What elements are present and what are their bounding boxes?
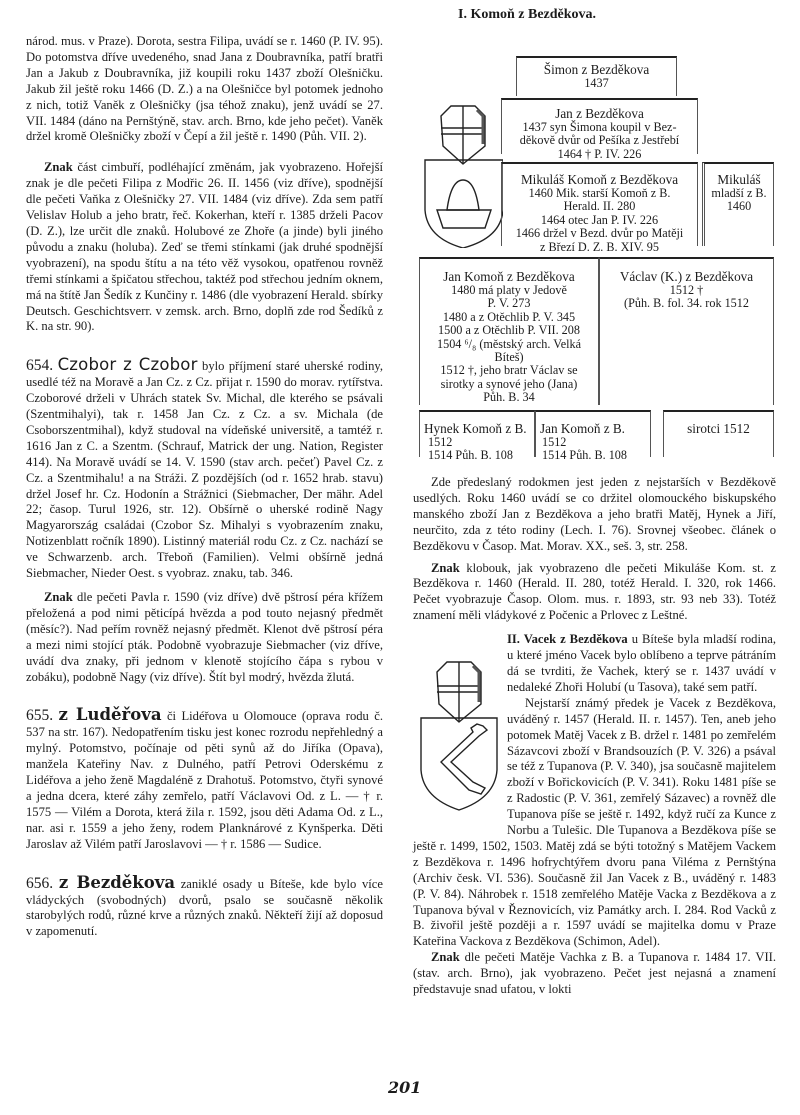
entry-number: 654. bbox=[26, 357, 53, 374]
tree-node-jan-komon: Jan Komoň z Bezděkova 1480 má platy v Je… bbox=[419, 257, 599, 405]
paragraph-olesnicka: národ. mus. v Praze). Dorota, sestra Fil… bbox=[26, 34, 383, 145]
znak-label: Znak bbox=[44, 590, 73, 604]
tree-title: I. Komoň z Bezděkova. bbox=[458, 7, 596, 23]
entry-title: z Luděřova bbox=[59, 705, 162, 724]
entry-655: 655. z Luděřova či Lidéřova u Olomouce (… bbox=[26, 707, 383, 852]
family-tree: I. Komoň z Bezděkova. Šimon z Bezděkova … bbox=[413, 0, 776, 460]
coat-of-arms-arm-icon bbox=[413, 632, 501, 837]
entry-number: 656. bbox=[26, 875, 53, 892]
entry-title: Czobor z Czobor bbox=[58, 355, 198, 374]
page-number: 201 bbox=[388, 1078, 421, 1097]
entry-654: 654. Czobor z Czobor bylo příjmení staré… bbox=[26, 357, 383, 582]
tree-node-hynek: Hynek Komoň z B. 1512 1514 Půh. B. 108 bbox=[419, 410, 535, 457]
paragraph-znak-1: Znak část cimbuří, podléhající změnám, j… bbox=[26, 160, 383, 335]
tree-node-sirotci: sirotci 1512 bbox=[663, 410, 774, 457]
paragraph-rodokmen: Zde předeslaný rodokmen jest jeden z nej… bbox=[413, 475, 776, 555]
coat-of-arms-hat-icon bbox=[421, 98, 503, 248]
tree-node-mikulas-starsi: Mikuláš Komoň z Bezděkova 1460 Mik. star… bbox=[501, 162, 698, 246]
znak-label: Znak bbox=[431, 561, 460, 575]
tree-node-simon: Šimon z Bezděkova 1437 bbox=[516, 56, 677, 96]
paragraph-znak-vachek: Znak dle pečeti Matěje Vachka z B. a Tup… bbox=[413, 950, 776, 998]
entry-title: z Bezděkova bbox=[59, 873, 175, 892]
znak-label: Znak bbox=[44, 160, 73, 174]
tree-node-jan-1: Jan z Bezděkova 1437 syn Šimona koupil v… bbox=[501, 98, 698, 154]
tree-node-vaclav: Václav (K.) z Bezděkova 1512 † (Půh. B. … bbox=[599, 257, 774, 405]
section-title-vacek: II. Vacek z Bezděkova bbox=[507, 632, 628, 646]
entry-number: 655. bbox=[26, 707, 53, 724]
right-column-text: Zde předeslaný rodokmen jest jeden z nej… bbox=[413, 475, 776, 998]
paragraph-znak-klobouk: Znak klobouk, jak vyobrazeno dle pečeti … bbox=[413, 561, 776, 625]
paragraph-znak-654: Znak dle pečeti Pavla r. 1590 (viz dříve… bbox=[26, 590, 383, 685]
left-column: národ. mus. v Praze). Dorota, sestra Fil… bbox=[26, 34, 383, 940]
znak-label: Znak bbox=[431, 950, 460, 964]
tree-node-mikulas-mladsi: Mikuláš mladší z B. 1460 bbox=[702, 162, 774, 246]
entry-656: 656. z Bezděkova zaniklé osady u Bíteše,… bbox=[26, 875, 383, 941]
tree-node-jan-b: Jan Komoň z B. 1512 1514 Půh. B. 108 bbox=[535, 410, 651, 457]
